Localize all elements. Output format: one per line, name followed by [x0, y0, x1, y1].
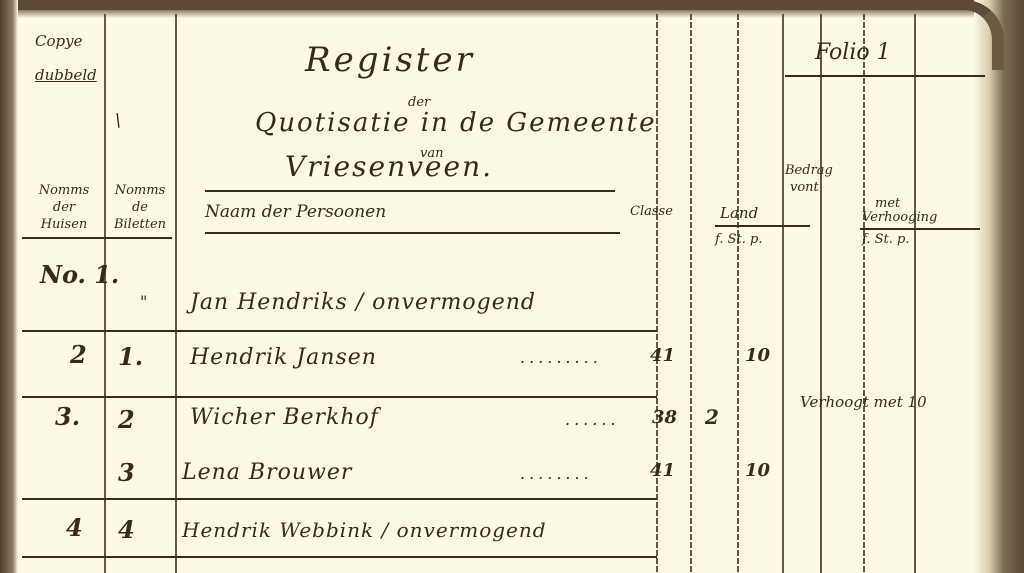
- cell-name: Wicher Berkhof: [190, 405, 379, 430]
- cell-name: Hendrik Jansen: [190, 345, 377, 370]
- cell-biljet: 2: [118, 405, 135, 434]
- header-mv-units: f. St. p.: [862, 232, 909, 247]
- column-rule: [782, 14, 784, 573]
- header-name: Naam der Persoonen: [205, 202, 386, 222]
- page-subtitle: Quotisatie in de Gemeente: [255, 108, 657, 138]
- header-verhooging: Verhooging: [862, 210, 937, 225]
- header-bedrag: Bedrag: [785, 163, 833, 178]
- row-rule: [22, 330, 657, 332]
- header-biletten-line: Nomms: [106, 182, 174, 199]
- cell-biljet: 4: [118, 515, 135, 544]
- scan-border-top: [0, 0, 1024, 10]
- header-biletten-line: de: [106, 199, 174, 216]
- header-vont: vont: [790, 180, 819, 195]
- row-rule: [22, 498, 657, 500]
- header-land: Land: [720, 204, 758, 222]
- header-biletten: Nomms de Biletten: [106, 182, 174, 233]
- municipality-name: Vriesenveen.: [285, 150, 493, 183]
- scan-shadow: [0, 10, 1024, 18]
- header-met: met: [875, 196, 900, 211]
- cell-biljet: 1.: [118, 342, 143, 371]
- header-land-units: f. St. p.: [715, 232, 762, 247]
- cell-land: 2: [705, 405, 719, 429]
- cell-huis: 2: [70, 340, 87, 369]
- cell-huis: No. 1.: [40, 260, 119, 289]
- cell-classe: 41: [650, 460, 675, 481]
- column-rule: [863, 14, 865, 573]
- cell-huis: 3.: [55, 402, 80, 431]
- cell-land: 10: [745, 460, 770, 481]
- header-huisen: Nomms der Huisen: [24, 182, 104, 233]
- column-rule: [656, 14, 658, 573]
- cell-biljet: 3: [118, 458, 135, 487]
- column-rule: [690, 14, 692, 573]
- leader-dots: .........: [520, 348, 602, 367]
- cell-name: Lena Brouwer: [182, 460, 352, 485]
- folio-underline: [785, 75, 985, 77]
- cell-huis: 4: [66, 513, 83, 542]
- row-rule: [22, 556, 657, 558]
- scan-border-left: [0, 0, 18, 573]
- scan-border-right: [974, 0, 1024, 573]
- row-rule: [22, 237, 172, 239]
- mv-underline: [860, 228, 980, 230]
- land-underline: [715, 225, 810, 227]
- cell-note: Verhoogt met 10: [800, 392, 950, 412]
- cell-name: Hendrik Webbink / onvermogend: [182, 518, 547, 542]
- cell-biljet: ": [140, 292, 148, 311]
- cell-classe: 41: [650, 345, 675, 366]
- row-rule: [22, 396, 657, 398]
- register-page: Copye dubbeld \ Register der Quotisatie …: [0, 0, 1024, 573]
- column-rule: [175, 14, 177, 573]
- leader-dots: ........: [520, 464, 593, 483]
- cell-name: Jan Hendriks / onvermogend: [190, 290, 536, 315]
- header-huisen-line: Nomms: [24, 182, 104, 199]
- corner-note-line1: Copye: [35, 32, 82, 50]
- header-huisen-line: der: [24, 199, 104, 216]
- column-rule: [820, 14, 822, 573]
- header-underline: [205, 232, 620, 234]
- column-rule: [914, 14, 916, 573]
- corner-note-line2: dubbeld: [35, 66, 97, 84]
- folio-number: Folio 1: [815, 40, 891, 65]
- tick-mark: \: [115, 110, 121, 131]
- header-classe: Classe: [630, 204, 673, 219]
- header-biletten-line: Biletten: [106, 216, 174, 233]
- page-title: Register: [305, 40, 475, 80]
- column-rule: [737, 14, 739, 573]
- header-huisen-line: Huisen: [24, 216, 104, 233]
- cell-classe: 38: [652, 407, 677, 428]
- cell-land: 10: [745, 345, 770, 366]
- leader-dots: ......: [565, 410, 620, 429]
- title-underline: [205, 190, 615, 192]
- column-rule: [104, 14, 106, 573]
